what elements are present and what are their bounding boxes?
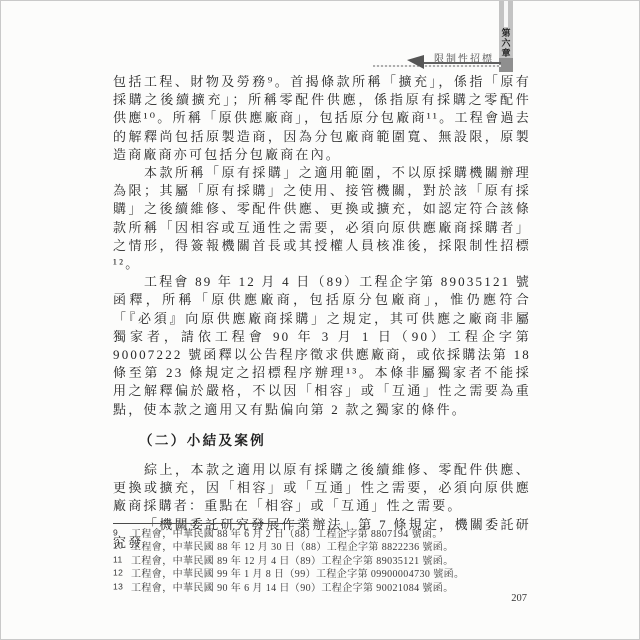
header-rule-hatch [373, 65, 501, 67]
footnote-number: 13 [113, 580, 131, 593]
footnote-item-9: 9 工程會，中華民國 88 年 6 月 2 日（88）工程企字第 8807194… [113, 528, 517, 541]
paragraph-3: 工程會 89 年 12 月 4 日（89）工程企字第 89035121 號函釋，… [113, 273, 531, 419]
paragraph-4: 綜上，本款之適用以原有採購之後續維修、零配件供應、更換或擴充，因「相容」或「互通… [113, 461, 531, 516]
footnote-item-11: 11 工程會，中華民國 89 年 12 月 4 日（89）工程企字第 89035… [113, 555, 517, 568]
footnote-text: 工程會，中華民國 90 年 6 月 14 日（90）工程企字第 90021084… [131, 582, 517, 595]
arrow-left-icon [407, 55, 424, 69]
footnote-text: 工程會，中華民國 99 年 1 月 8 日（99）工程企字第 099000047… [131, 568, 517, 581]
footnote-divider [113, 523, 300, 524]
header-rule [417, 62, 501, 64]
footnote-text: 工程會，中華民國 89 年 12 月 4 日（89）工程企字第 89035121… [131, 555, 517, 568]
footnote-number: 9 [113, 527, 131, 540]
footnote-item-13: 13 工程會，中華民國 90 年 6 月 14 日（90）工程企字第 90021… [113, 582, 517, 595]
paragraph-2: 本款所稱「原有採購」之適用範圍，不以原採購機關辦理為限；其屬「原有採購」之使用、… [113, 164, 531, 273]
paragraph-1: 包括工程、財物及勞務⁹。首揭條款所稱「擴充」，係指「原有採購之後續擴充」；所稱零… [113, 73, 531, 164]
chapter-tab-stripe [504, 1, 508, 27]
book-page: 第六章 限制性招標 包括工程、財物及勞務⁹。首揭條款所稱「擴充」，係指「原有採購… [0, 0, 640, 640]
page-number: 207 [499, 593, 527, 604]
footnote-item-10: 10 工程會，中華民國 88 年 12 月 30 日（88）工程企字第 8822… [113, 541, 517, 554]
body-text: 包括工程、財物及勞務⁹。首揭條款所稱「擴充」，係指「原有採購之後續擴充」；所稱零… [113, 73, 531, 552]
footnotes: 9 工程會，中華民國 88 年 6 月 2 日（88）工程企字第 8807194… [113, 528, 517, 595]
footnote-number: 11 [113, 553, 131, 566]
footnote-item-12: 12 工程會，中華民國 99 年 1 月 8 日（99）工程企字第 099000… [113, 568, 517, 581]
footnote-text: 工程會，中華民國 88 年 12 月 30 日（88）工程企字第 8822236… [131, 541, 517, 554]
section-heading: （二）小結及案例 [113, 432, 531, 450]
footnote-text: 工程會，中華民國 88 年 6 月 2 日（88）工程企字第 8807194 號… [131, 528, 517, 541]
footnote-number: 10 [113, 540, 131, 553]
footnote-number: 12 [113, 567, 131, 580]
